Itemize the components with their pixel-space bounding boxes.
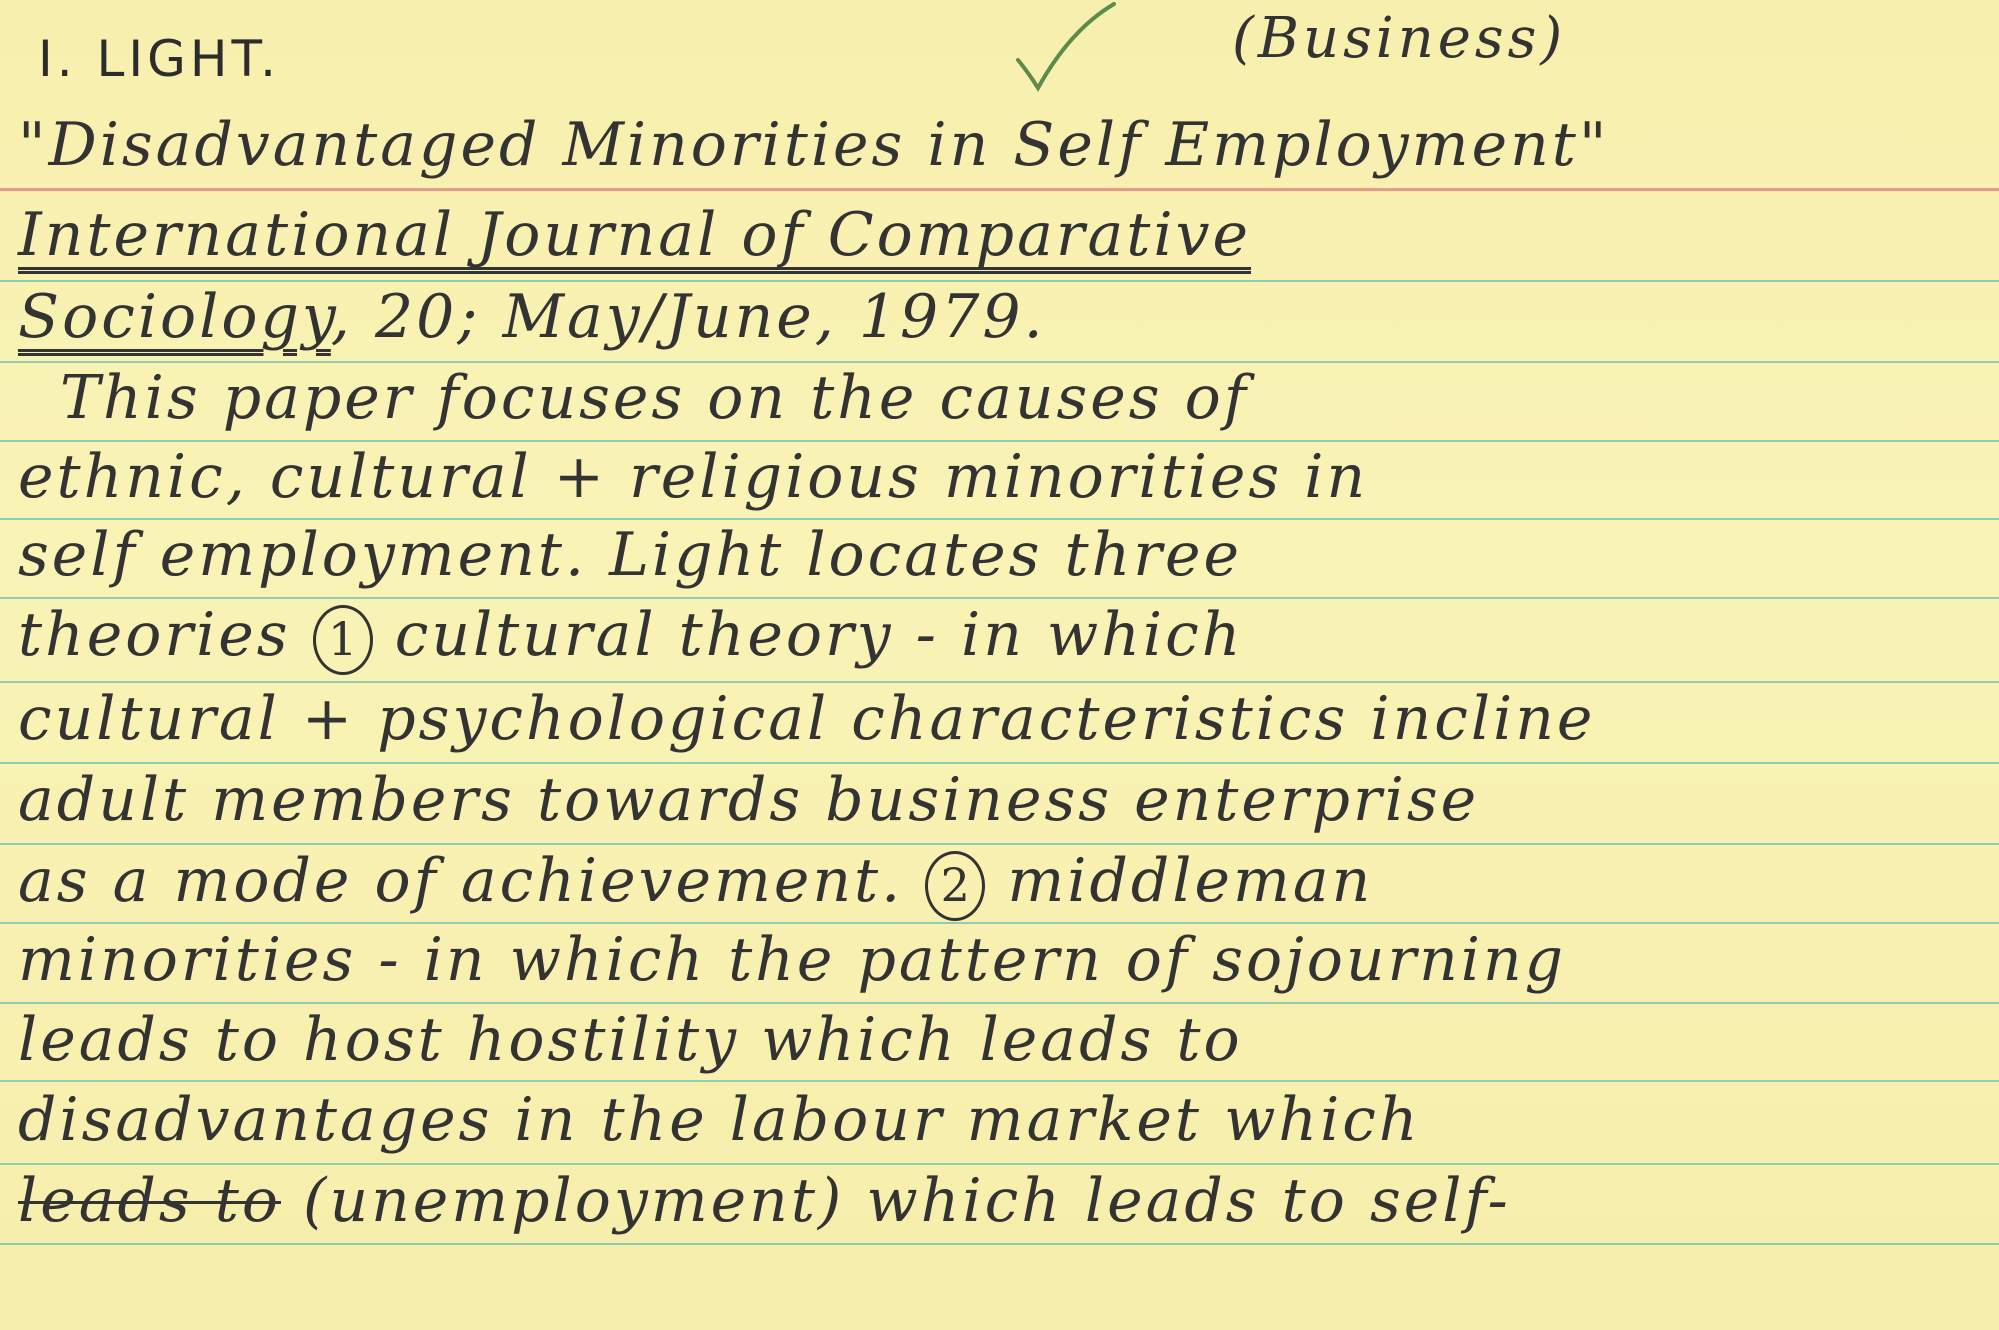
ruled-line [0, 922, 1999, 924]
ruled-line [0, 762, 1999, 764]
note-line: self employment. Light locates three [18, 520, 1242, 590]
note-line: leads to host hostility which leads to [18, 1005, 1243, 1075]
index-card: I. LIGHT. (Business) "Disadvantaged Mino… [0, 0, 1999, 1330]
ruled-line [0, 1163, 1999, 1165]
ruled-line [0, 1243, 1999, 1245]
ruled-line [0, 681, 1999, 683]
ruled-line [0, 597, 1999, 599]
note-line: This paper focuses on the causes of [60, 363, 1249, 433]
note-text: (unemployment) which leads to self- [281, 1166, 1511, 1236]
circled-number-1: 1 [313, 605, 373, 675]
card-title: I. LIGHT. [38, 30, 280, 88]
journal-details: , 20; May/June, 1979. [331, 282, 1046, 352]
category-label: (Business) [1232, 6, 1566, 71]
struck-text: leads to [18, 1166, 281, 1236]
ruled-line [0, 1080, 1999, 1082]
note-line: theories 1 cultural theory - in which [18, 600, 1243, 675]
journal-name-part2: Sociology [18, 282, 331, 352]
note-line: cultural + psychological characteristics… [18, 684, 1595, 754]
note-line: adult members towards business enterpris… [18, 765, 1479, 835]
header-rule [0, 188, 1999, 191]
ruled-line [0, 1002, 1999, 1004]
journal-line-1: International Journal of Comparative [18, 200, 1251, 270]
note-line: as a mode of achievement. 2 middleman [18, 846, 1373, 921]
note-text: theories [18, 600, 313, 670]
circled-number-2: 2 [925, 851, 985, 921]
note-line: minorities - in which the pattern of soj… [18, 925, 1566, 995]
note-text: cultural theory - in which [373, 600, 1244, 670]
note-line: ethnic, cultural + religious minorities … [18, 442, 1368, 512]
note-text: as a mode of achievement. [18, 846, 925, 916]
note-line: disadvantages in the labour market which [18, 1085, 1421, 1155]
journal-name-part1: International Journal of Comparative [18, 200, 1251, 270]
article-title: "Disadvantaged Minorities in Self Employ… [18, 110, 1609, 180]
journal-line-2: Sociology, 20; May/June, 1979. [18, 282, 1046, 352]
note-line: leads to (unemployment) which leads to s… [18, 1166, 1511, 1236]
ruled-line [0, 843, 1999, 845]
note-text: middleman [985, 846, 1373, 916]
check-mark-icon [1010, 0, 1120, 95]
